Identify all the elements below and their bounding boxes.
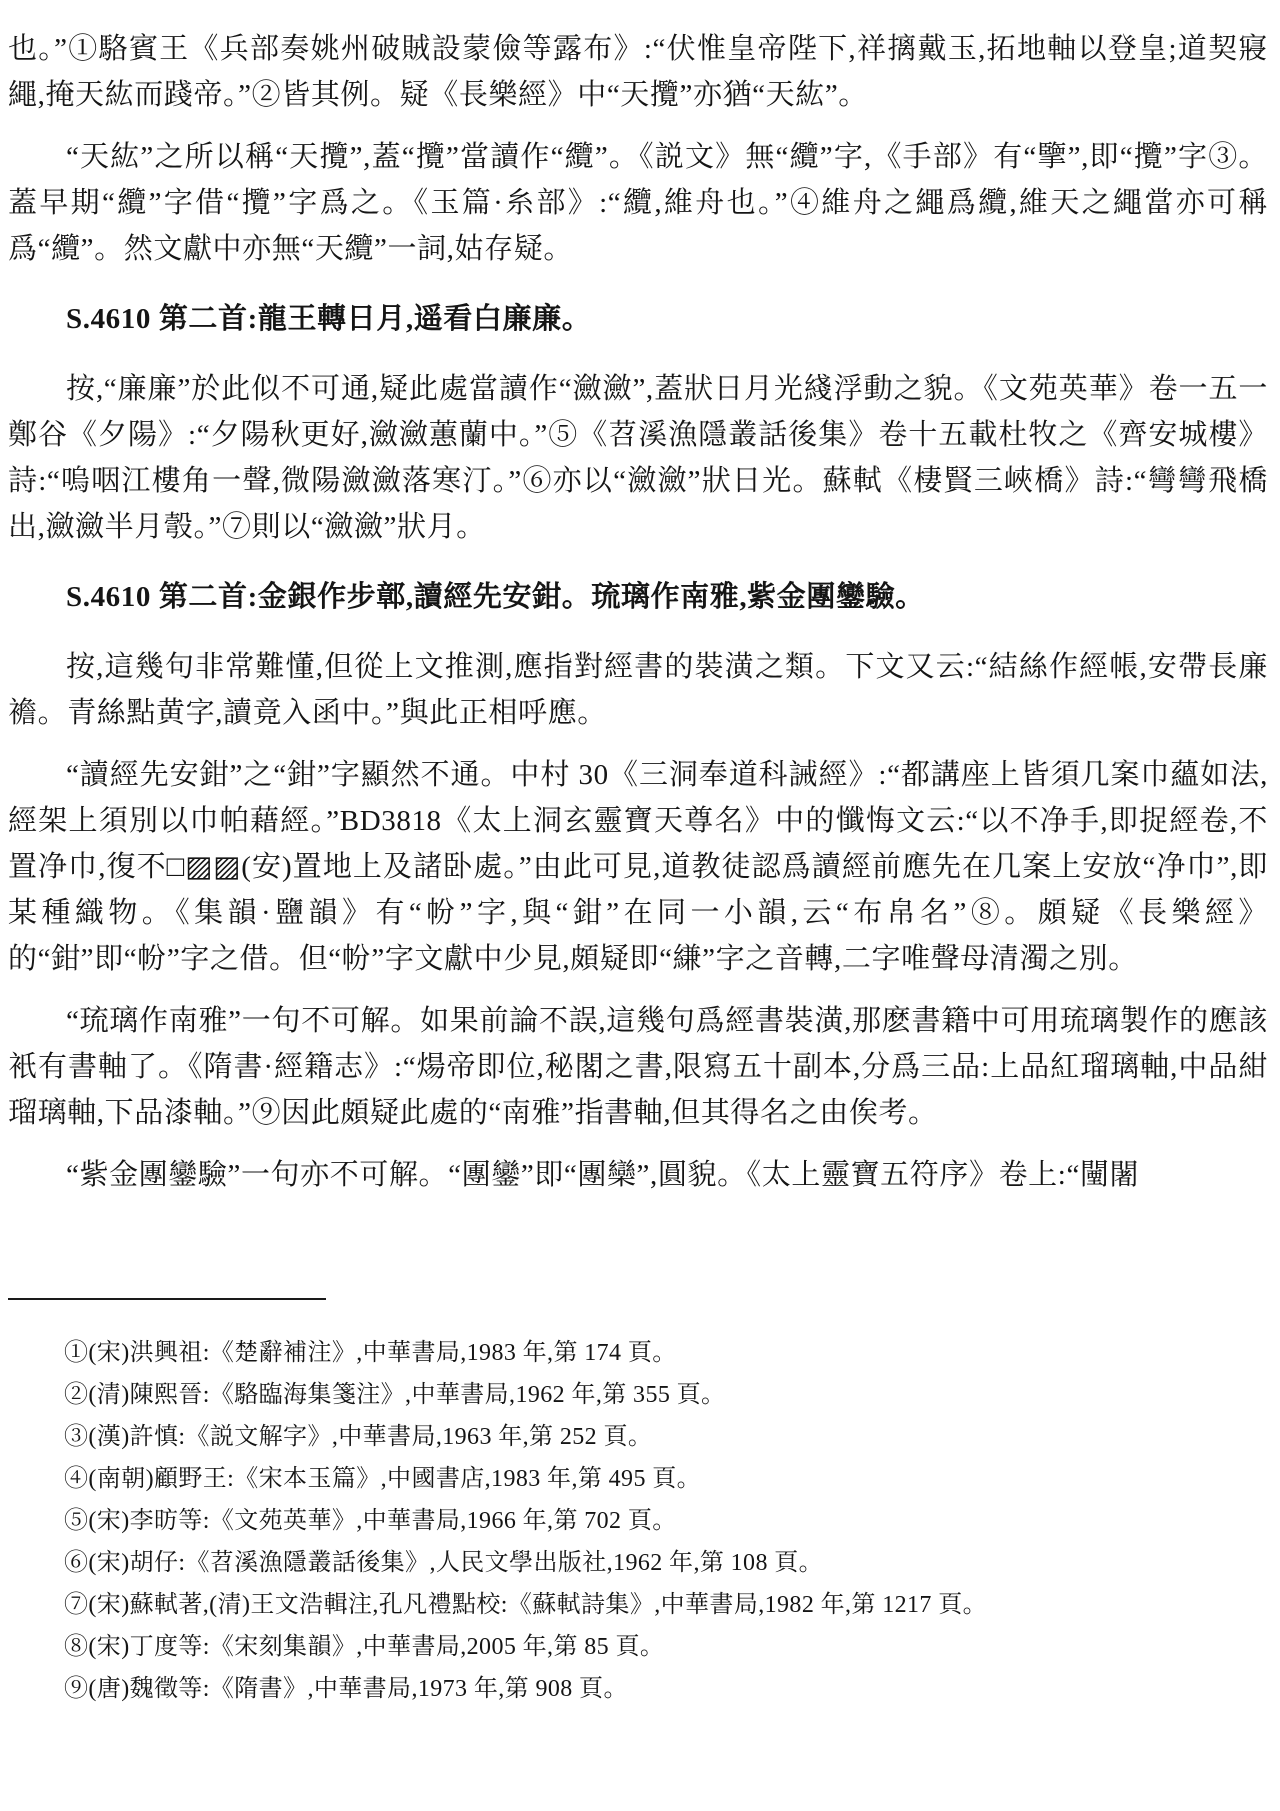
paragraph: “讀經先安鉗”之“鉗”字顯然不通。中村 30《三洞奉道科誡經》:“都講座上皆須几… (8, 752, 1268, 982)
footnote: ⑨(唐)魏徵等:《隋書》,中華書局,1973 年,第 908 頁。 (64, 1668, 1268, 1710)
footnote-separator (8, 1298, 326, 1300)
footnote: ②(清)陳熙晉:《駱臨海集箋注》,中華書局,1962 年,第 355 頁。 (64, 1374, 1268, 1416)
footnote: ③(漢)許慎:《説文解字》,中華書局,1963 年,第 252 頁。 (64, 1416, 1268, 1458)
paragraph: “紫金團鑾驗”一句亦不可解。“團鑾”即“團欒”,圓貌。《太上靈寶五符序》卷上:“… (8, 1152, 1268, 1198)
footnote: ⑥(宋)胡仔:《苕溪漁隱叢話後集》,人民文學出版社,1962 年,第 108 頁… (64, 1542, 1268, 1584)
paragraph-continuation: 也。”①駱賓王《兵部奏姚州破賊設蒙儉等露布》:“伏惟皇帝陛下,祥摛戴玉,拓地軸以… (8, 26, 1268, 118)
paragraph: 按,這幾句非常難懂,但從上文推測,應指對經書的裝潢之類。下文又云:“結絲作經帳,… (8, 644, 1268, 736)
footnote: ⑧(宋)丁度等:《宋刻集韻》,中華書局,2005 年,第 85 頁。 (64, 1626, 1268, 1668)
document-page: 也。”①駱賓王《兵部奏姚州破賊設蒙儉等露布》:“伏惟皇帝陛下,祥摛戴玉,拓地軸以… (0, 0, 1280, 1811)
footnote-section: ①(宋)洪興祖:《楚辭補注》,中華書局,1983 年,第 174 頁。 ②(清)… (8, 1332, 1268, 1710)
paragraph: “天紘”之所以稱“天攬”,蓋“攬”當讀作“纜”。《説文》無“纜”字,《手部》有“… (8, 134, 1268, 272)
section-heading-2: S.4610 第二首:金銀作步鄣,讀經先安鉗。琉璃作南雅,紫金團鑾驗。 (8, 574, 1268, 620)
paragraph: “琉璃作南雅”一句不可解。如果前論不誤,這幾句爲經書裝潢,那麽書籍中可用琉璃製作… (8, 998, 1268, 1136)
footnote: ⑤(宋)李昉等:《文苑英華》,中華書局,1966 年,第 702 頁。 (64, 1500, 1268, 1542)
paragraph: 按,“廉廉”於此似不可通,疑此處當讀作“瀲瀲”,蓋狀日月光綫浮動之貌。《文苑英華… (8, 366, 1268, 550)
footnote: ⑦(宋)蘇軾著,(清)王文浩輯注,孔凡禮點校:《蘇軾詩集》,中華書局,1982 … (64, 1584, 1268, 1626)
footnote: ④(南朝)顧野王:《宋本玉篇》,中國書店,1983 年,第 495 頁。 (64, 1458, 1268, 1500)
footnote: ①(宋)洪興祖:《楚辭補注》,中華書局,1983 年,第 174 頁。 (64, 1332, 1268, 1374)
section-heading-1: S.4610 第二首:龍王轉日月,遥看白廉廉。 (8, 296, 1268, 342)
